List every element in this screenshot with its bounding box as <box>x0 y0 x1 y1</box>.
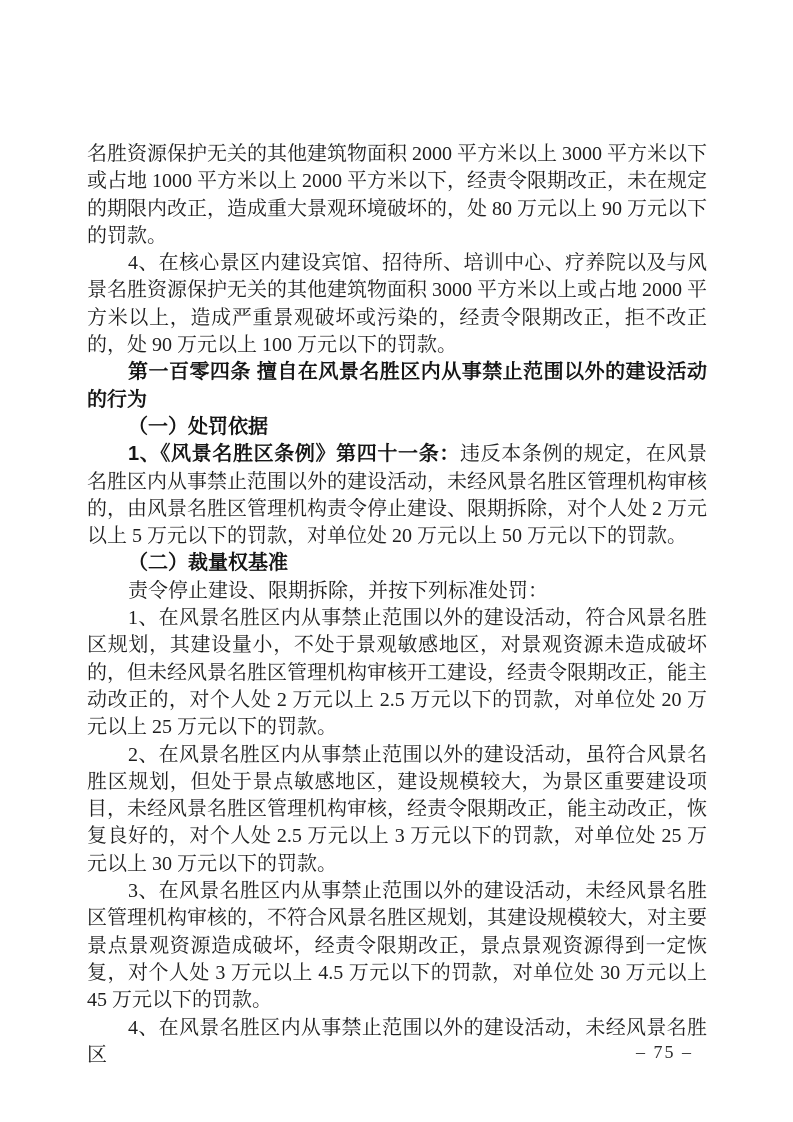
paragraph: （二）裁量权基准 <box>87 550 707 577</box>
paragraph: 4、在风景名胜区内从事禁止范围以外的建设活动，未经风景名胜区 <box>87 1015 707 1070</box>
paragraph: 1、《风景名胜区条例》第四十一条：违反本条例的规定，在风景名胜区内从事禁止范围以… <box>87 441 707 550</box>
paragraph: （一）处罚依据 <box>87 414 707 441</box>
paragraph-text: （二）裁量权基准 <box>128 552 288 574</box>
paragraph-text: 第一百零四条 擅自在风景名胜区内从事禁止范围以外的建设活动的行为 <box>87 361 707 410</box>
paragraph-text: 责令停止建设、限期拆除，并按下列标准处罚： <box>128 580 548 602</box>
paragraph: 第一百零四条 擅自在风景名胜区内从事禁止范围以外的建设活动的行为 <box>87 359 707 414</box>
paragraph-text: 4、在风景名胜区内从事禁止范围以外的建设活动，未经风景名胜区 <box>87 1017 707 1066</box>
paragraph-text: 名胜资源保护无关的其他建筑物面积 2000 平方米以上 3000 平方米以下或占… <box>87 143 707 247</box>
paragraph: 1、在风景名胜区内从事禁止范围以外的建设活动，符合风景名胜区规划，其建设量小，不… <box>87 605 707 741</box>
paragraph: 2、在风景名胜区内从事禁止范围以外的建设活动，虽符合风景名胜区规划，但处于景点敏… <box>87 742 707 878</box>
paragraph: 名胜资源保护无关的其他建筑物面积 2000 平方米以上 3000 平方米以下或占… <box>87 141 707 250</box>
paragraph: 3、在风景名胜区内从事禁止范围以外的建设活动，未经风景名胜区管理机构审核的，不符… <box>87 878 707 1014</box>
paragraph-text: 2、在风景名胜区内从事禁止范围以外的建设活动，虽符合风景名胜区规划，但处于景点敏… <box>87 744 707 875</box>
document-body: 名胜资源保护无关的其他建筑物面积 2000 平方米以上 3000 平方米以下或占… <box>87 141 707 1069</box>
paragraph-text: 4、在核心景区内建设宾馆、招待所、培训中心、疗养院以及与风景名胜资源保护无关的其… <box>87 252 707 356</box>
paragraph-text: （一）处罚依据 <box>128 416 268 438</box>
paragraph-lead: 1、《风景名胜区条例》第四十一条： <box>128 443 460 465</box>
paragraph-text: 3、在风景名胜区内从事禁止范围以外的建设活动，未经风景名胜区管理机构审核的，不符… <box>87 880 707 1011</box>
paragraph-text: 1、在风景名胜区内从事禁止范围以外的建设活动，符合风景名胜区规划，其建设量小，不… <box>87 607 707 738</box>
page-number: – 75 – <box>636 1042 693 1063</box>
document-page: 名胜资源保护无关的其他建筑物面积 2000 平方米以上 3000 平方米以下或占… <box>0 0 793 1122</box>
paragraph: 4、在核心景区内建设宾馆、招待所、培训中心、疗养院以及与风景名胜资源保护无关的其… <box>87 250 707 359</box>
paragraph: 责令停止建设、限期拆除，并按下列标准处罚： <box>87 578 707 605</box>
